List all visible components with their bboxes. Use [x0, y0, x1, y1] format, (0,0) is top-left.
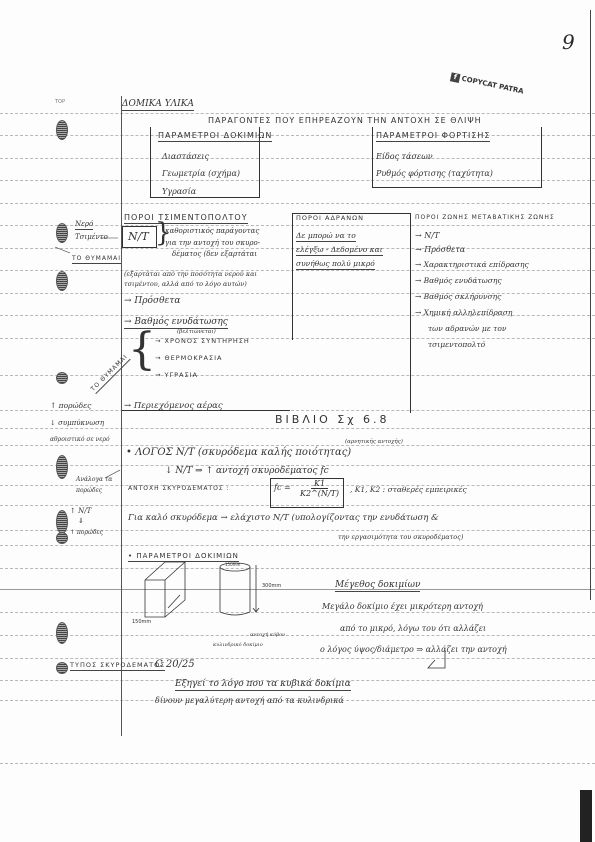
binder-hole [56, 622, 68, 644]
transition-heading: ΠΟΡΟΙ ΖΩΝΗΣ ΜΕΤΑΒΑΤΙΚΗΣ ΖΩΝΗΣ [415, 215, 555, 221]
column-divider [292, 213, 293, 340]
sub-note: (βελτιώνεται) [177, 330, 216, 336]
cube-note: αντοχή κύβου [250, 633, 285, 638]
binder-hole [56, 662, 68, 674]
transition-item: → Βαθμός ενυδάτωσης [415, 277, 502, 285]
binder-hole [56, 455, 68, 479]
margin-note-water: Νερό [75, 221, 93, 230]
margin-note-porosity: ↑ πορώδες [50, 402, 91, 410]
transition-item: τσιμεντοπολτό [428, 341, 485, 349]
facebook-icon: f [450, 72, 461, 83]
cement-paste-heading: ΠΟΡΟΙ ΤΣΙΜΕΝΤΟΠΟΛΤΟΥ [124, 214, 248, 224]
nt-desc: δέματος (δεν εξαρτάται [172, 251, 257, 258]
cylinder-dimension-label: 150mm [225, 563, 240, 567]
aggregate-text: συνήθως πολύ μικρό [296, 260, 375, 270]
sub-item: → ΥΓΡΑΣΙΑ [155, 372, 198, 379]
margin-line [121, 96, 122, 736]
sub-item: → ΧΡΟΝΟΣ ΣΥΝΤΗΡΗΣΗ [155, 338, 250, 345]
porous-air: → Περιεχόμενος αέρας [124, 402, 223, 411]
explain-text: Εξηγεί το λόγο που τα κυβικά δοκίμια [175, 680, 351, 691]
margin-note-remember-rotated: ΤΟ ΘΥΜΑΜΑΙ [90, 354, 130, 394]
ruled-line [0, 428, 595, 429]
size-heading: Μέγεθος δοκιμίων [335, 581, 420, 592]
explain-text: δίνουν μεγαλύτερη αντοχή από τα κυλινδρι… [155, 697, 344, 705]
page-edge [590, 10, 591, 600]
load-param-item: Είδος τάσεων [376, 153, 433, 161]
ruled-line [0, 293, 595, 294]
formula-lhs: fc = [274, 484, 291, 492]
nt-box-label: Ν/Τ [128, 231, 149, 242]
ratio-annotation: (αρνητικής αντοχής) [345, 440, 403, 446]
ruled-line [0, 545, 595, 546]
margin-note-nt: ↑ πορώδες [70, 530, 103, 536]
copycat-stamp: fCOPYCAT PATRA [450, 72, 524, 96]
margin-note-porosity: αθροιστικό σε νερό [50, 437, 110, 443]
ratio-rule: ↓ Ν/Τ ⇒ ↑ αντοχή σκυροδέματος fc [165, 467, 329, 476]
ruled-line [0, 338, 595, 339]
formula-numerator: K1 [311, 479, 328, 489]
stamp-text: COPYCAT PATRA [461, 75, 525, 96]
binder-hole [56, 120, 68, 140]
formula-denominator: K2^(Ν/Τ) [300, 489, 339, 498]
test-param-item: Διαστάσεις [162, 153, 209, 161]
size-text: Μεγάλο δοκίμιο έχει μικρότερη αντοχή [322, 603, 483, 611]
test-param-item: Υγρασία [162, 188, 196, 196]
margin-note-shrinkage: πορώδες [76, 488, 102, 494]
ruled-line [0, 113, 595, 114]
formula-constants: , K1, K2 : σταθερές εμπειρικές [350, 486, 467, 494]
ruled-line [0, 763, 595, 764]
aggregate-text: ελέγξω - Δεδομένο και [296, 246, 383, 256]
concrete-type-label: ΤΥΠΟΣ ΣΚΥΡΟΔΕΜΑΤΟΣ [70, 662, 165, 671]
binder-hole [56, 271, 68, 291]
transition-item: → Βαθμός σκλήρυνσης [415, 293, 501, 301]
test-param-item: Γεωμετρία (σχήμα) [162, 170, 240, 178]
ratio-heading: • ΛΟΓΟΣ Ν/Τ (σκυρόδεμα καλής ποιότητας) [126, 448, 351, 458]
cylinder-height-label: 300mm [262, 584, 281, 589]
concrete-type-value: C 20/25 [155, 660, 195, 670]
scanned-notes-page: fCOPYCAT PATRA 9 ΤΟΡ ΔΟΜΙΚΑ ΥΛΙΚΑ ΠΑΡΑΓΟ… [0, 0, 595, 842]
ruled-line [0, 612, 595, 613]
ruled-line [0, 445, 595, 446]
ruled-line [0, 410, 595, 411]
transition-item: → Χαρακτηριστικά επίδρασης [415, 261, 529, 269]
nt-desc: για την αντοχή του σκυρο- [165, 240, 260, 247]
binder-hole [56, 223, 68, 243]
good-concrete-note2: την εργασιμότητα του σκυροδέματος) [338, 534, 463, 541]
nt-desc: καθοριστικός παράγοντας [165, 228, 259, 235]
sub-item: → ΘΕΡΜΟΚΡΑΣΙΑ [155, 355, 222, 362]
margin-note-nt-arrow: ⇓ [78, 518, 84, 525]
margin-note-nt: ↑ Ν/Τ [70, 508, 91, 515]
ruled-line [0, 203, 595, 204]
margin-note-cement: Τσιμέντο [75, 234, 108, 241]
aggregate-heading: ΠΟΡΟΙ ΑΔΡΑΝΩΝ [296, 215, 364, 222]
load-params-heading: ΠΑΡΑΜΕΤΡΟΙ ΦΟΡΤΙΣΗΣ [376, 132, 490, 142]
ruled-line [0, 568, 595, 569]
nt-desc2: (εξαρτάται από την ποσότητα νερού και [124, 271, 257, 278]
formula-label: ΑΝΤΟΧΗ ΣΚΥΡΟΔΕΜΑΤΟΣ : [128, 486, 230, 492]
cylinder-note: κυλινδρικό δοκίμιο [213, 643, 263, 648]
load-param-item: Ρυθμός φόρτισης (ταχύτητα) [376, 170, 493, 178]
ruled-line [0, 635, 595, 636]
ruled-line [0, 270, 595, 271]
factors-heading: ΠΑΡΑΓΟΝΤΕΣ ΠΟΥ ΕΠΗΡΕΑΖΟΥΝ ΤΗΝ ΑΝΤΟΧΗ ΣΕ … [208, 117, 482, 125]
good-concrete-note: Για καλό σκυρόδεμα → ελάχιστο Ν/Τ (υπολο… [128, 514, 439, 523]
margin-note-porosity: ↓ συμπύκνωση [50, 420, 104, 427]
brace-icon: { [128, 328, 156, 372]
ruled-line [0, 375, 595, 376]
ruled-line [0, 589, 595, 590]
transition-item: → Ν/Τ [415, 232, 439, 240]
margin-note-remember: ΤΟ ΘΥΜΑΜΑΙ [72, 256, 121, 264]
aggregate-text: Δε μπορώ να το [296, 232, 356, 242]
binder-hole [56, 510, 68, 534]
column-divider [410, 213, 411, 413]
scan-edge-bar [580, 790, 592, 842]
cube-dimension-label: 150mm [132, 620, 151, 625]
size-text: ο λόγος ύψος/διάμετρο ⇒ αλλάζει την αντο… [320, 646, 507, 654]
formula-fraction: K1 K2^(Ν/Τ) [300, 479, 339, 498]
test-params-heading: ΠΑΡΑΜΕΤΡΟΙ ΔΟΚΙΜΙΩΝ [158, 132, 272, 142]
specimen-heading: • ΠΑΡΑΜΕΤΡΟΙ ΔΟΚΙΜΙΩΝ [128, 553, 239, 562]
page-title: ΔΟΜΙΚΑ ΥΛΙΚΑ [122, 100, 194, 111]
transition-item: των αδρανών με τον [428, 325, 506, 333]
margin-note-shrinkage: Ανάλογα τα [76, 477, 112, 483]
binder-hole [56, 532, 68, 544]
nt-desc2: τσιμέντου, αλλά από το λόγο αυτών) [124, 281, 247, 288]
transition-item: → Χημική αλληλεπίδραση [415, 309, 512, 317]
page-number: 9 [562, 30, 575, 54]
binder-hole [56, 372, 68, 384]
transition-item: → Πρόσθετα [415, 246, 465, 254]
paste-item: → Πρόσθετα [124, 297, 180, 306]
corner-mark: ΤΟΡ [55, 100, 65, 105]
size-text: από το μικρό, λόγω του ότι αλλάζει [340, 625, 486, 633]
book-reference: ΒΙΒΛΙΟ Σχ 6.8 [275, 414, 390, 425]
ruled-line [0, 658, 595, 659]
